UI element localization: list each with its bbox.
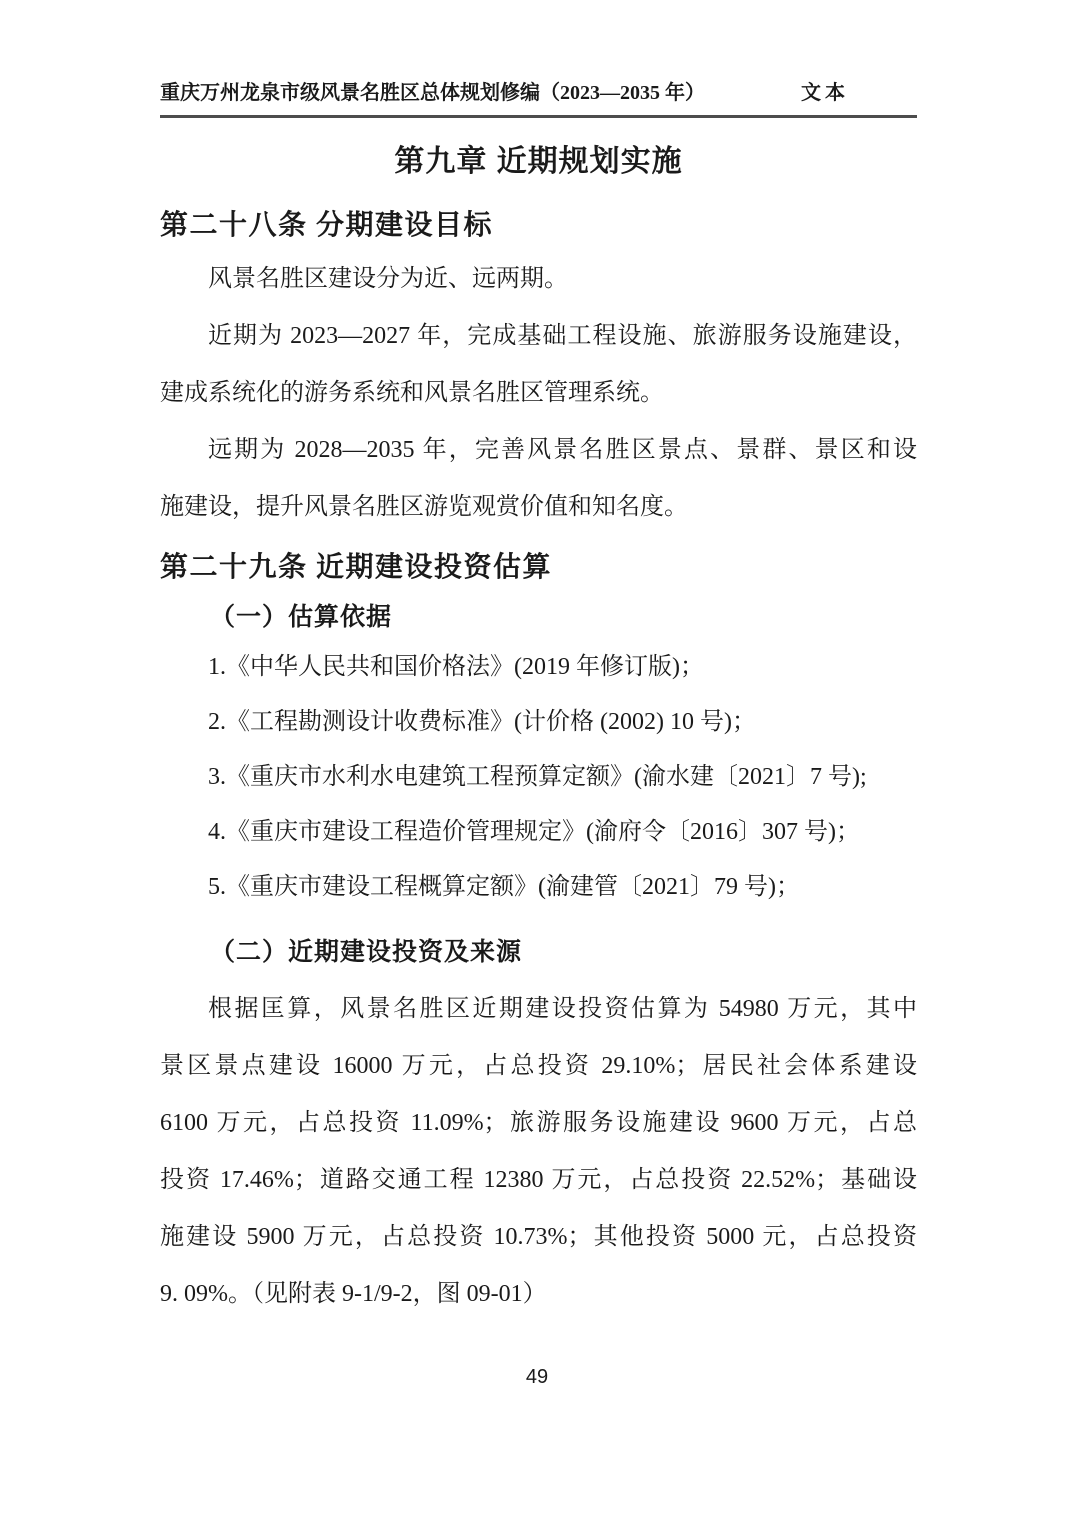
list-item: 5.《重庆市建设工程概算定额》(渝建管〔2021〕79 号)；	[160, 860, 917, 915]
paragraph-line: 建成系统化的游务系统和风景名胜区管理系统。	[160, 365, 917, 422]
page-footer: 49	[0, 1366, 1074, 1389]
page-header: 重庆万州龙泉市级风景名胜区总体规划修编（2023—2035 年） 文本	[160, 76, 917, 118]
list-item: 3.《重庆市水利水电建筑工程预算定额》(渝水建〔2021〕7 号);	[160, 750, 917, 805]
document-page: 重庆万州龙泉市级风景名胜区总体规划修编（2023—2035 年） 文本 第九章 …	[0, 0, 1074, 1520]
paragraph-line: 根据匡算，风景名胜区近期建设投资估算为 54980 万元，其中	[160, 981, 917, 1038]
paragraph-line: 远期为 2028—2035 年，完善风景名胜区景点、景群、景区和设	[160, 422, 917, 479]
paragraph-line: 9. 09%。（见附表 9-1/9-2，图 09-01）	[160, 1266, 917, 1323]
section-heading-29: 第二十九条 近期建设投资估算	[160, 548, 917, 588]
paragraph-line: 投资 17.46%；道路交通工程 12380 万元，占总投资 22.52%；基础…	[160, 1152, 917, 1209]
list-item: 1.《中华人民共和国价格法》(2019 年修订版)；	[160, 640, 917, 695]
paragraph-line: 近期为 2023—2027 年，完成基础工程设施、旅游服务设施建设，	[160, 308, 917, 365]
paragraph-investment: 根据匡算，风景名胜区近期建设投资估算为 54980 万元，其中 景区景点建设 1…	[160, 981, 917, 1323]
header-row: 重庆万州龙泉市级风景名胜区总体规划修编（2023—2035 年） 文本	[160, 76, 917, 115]
header-title: 重庆万州龙泉市级风景名胜区总体规划修编（2023—2035 年）	[160, 76, 705, 105]
paragraph-line: 6100 万元，占总投资 11.09%；旅游服务设施建设 9600 万元，占总	[160, 1095, 917, 1152]
chapter-title: 第九章 近期规划实施	[160, 142, 917, 182]
estimate-basis-list: 1.《中华人民共和国价格法》(2019 年修订版)； 2.《工程勘测设计收费标准…	[160, 640, 917, 915]
header-doc-type-label: 文本	[801, 76, 849, 105]
header-divider	[160, 115, 917, 118]
paragraph-line: 景区景点建设 16000 万元，占总投资 29.10%；居民社会体系建设	[160, 1038, 917, 1095]
paragraph-near-term: 近期为 2023—2027 年，完成基础工程设施、旅游服务设施建设， 建成系统化…	[160, 308, 917, 422]
section-heading-28: 第二十八条 分期建设目标	[160, 206, 917, 246]
paragraph-line: 风景名胜区建设分为近、远两期。	[160, 251, 917, 308]
paragraph-phasing-overview: 风景名胜区建设分为近、远两期。	[160, 251, 917, 308]
subheading-investment-source: （二）近期建设投资及来源	[160, 933, 917, 973]
paragraph-long-term: 远期为 2028—2035 年，完善风景名胜区景点、景群、景区和设 施建设，提升…	[160, 422, 917, 536]
page-number: 49	[526, 1366, 548, 1388]
paragraph-line: 施建设 5900 万元，占总投资 10.73%；其他投资 5000 元，占总投资	[160, 1209, 917, 1266]
list-item: 4.《重庆市建设工程造价管理规定》(渝府令〔2016〕307 号)；	[160, 805, 917, 860]
paragraph-line: 施建设，提升风景名胜区游览观赏价值和知名度。	[160, 479, 917, 536]
list-item: 2.《工程勘测设计收费标准》(计价格 (2002) 10 号)；	[160, 695, 917, 750]
subheading-estimate-basis: （一）估算依据	[160, 598, 917, 638]
document-body: 第九章 近期规划实施 第二十八条 分期建设目标 风景名胜区建设分为近、远两期。 …	[160, 130, 917, 1323]
